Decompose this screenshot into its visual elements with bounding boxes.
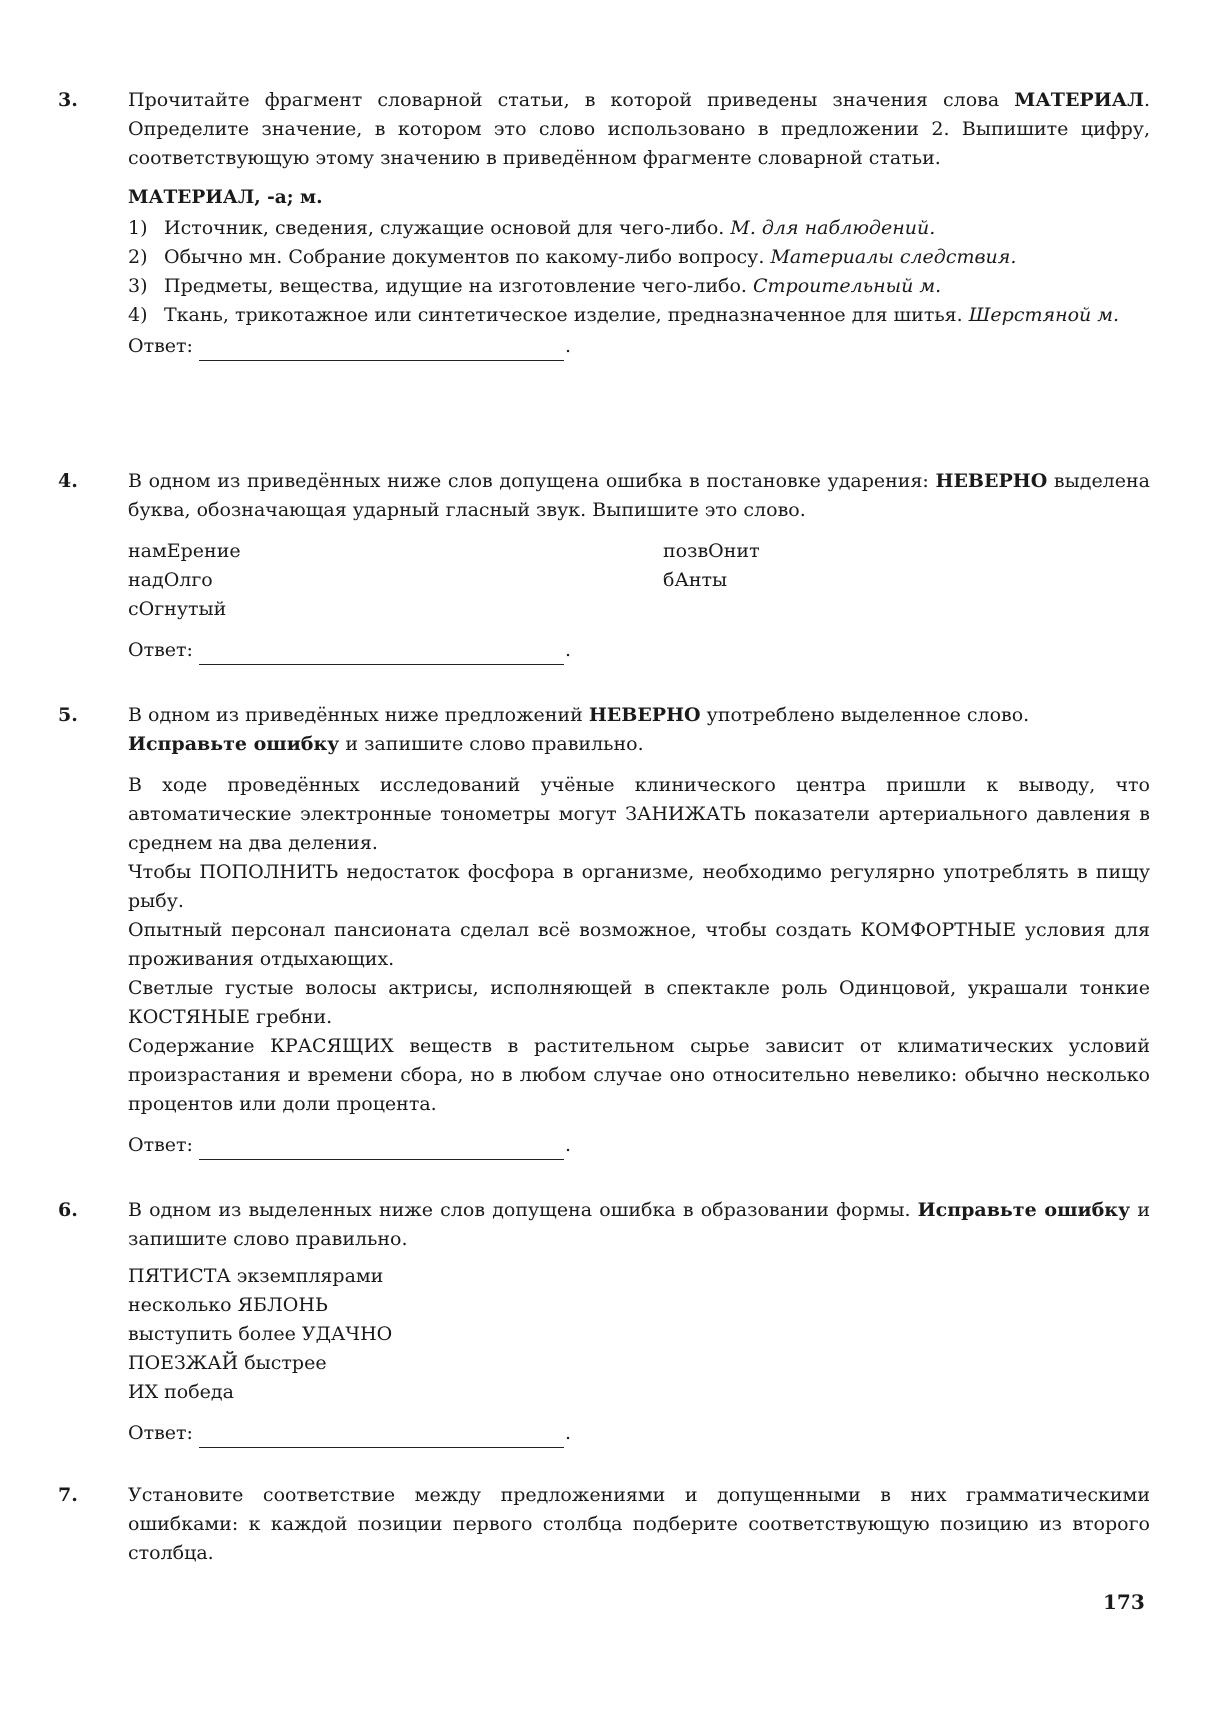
meaning-item: 4)Ткань, трикотажное или синтетическое и… xyxy=(128,301,1150,330)
task-5: 5. В одном из приведённых ниже предложен… xyxy=(58,701,1150,1160)
task-4: 4. В одном из приведённых ниже слов допу… xyxy=(58,467,1150,665)
phrase-option: ИХ победа xyxy=(128,1378,1150,1407)
task-number: 7. xyxy=(58,1481,78,1510)
answer-field[interactable]: Ответ:. xyxy=(128,332,1150,361)
task-number: 6. xyxy=(58,1196,78,1225)
sentence: Опытный персонал пансионата сделал всё в… xyxy=(128,916,1150,974)
phrase-option: несколько ЯБЛОНЬ xyxy=(128,1291,1150,1320)
task-3: 3. Прочитайте фрагмент словарной статьи,… xyxy=(58,86,1150,361)
task-instruction: Прочитайте фрагмент словарной статьи, в … xyxy=(128,86,1150,173)
task-number: 4. xyxy=(58,467,78,496)
task-instruction: В одном из выделенных ниже слов допущена… xyxy=(128,1196,1150,1254)
task-7: 7. Установите соответствие между предлож… xyxy=(58,1481,1150,1568)
answer-field[interactable]: Ответ:. xyxy=(128,1131,1150,1160)
meaning-item: 3)Предметы, вещества, идущие на изготовл… xyxy=(128,272,1150,301)
phrase-list: ПЯТИСТА экземплярами несколько ЯБЛОНЬ вы… xyxy=(128,1262,1150,1407)
meaning-item: 2)Обычно мн. Собрание документов по како… xyxy=(128,243,1150,272)
task-6: 6. В одном из выделенных ниже слов допущ… xyxy=(58,1196,1150,1448)
phrase-option: ПОЕЗЖАЙ быстрее xyxy=(128,1349,1150,1378)
word-option: сОгнутый xyxy=(128,595,663,624)
answer-field[interactable]: Ответ:. xyxy=(128,636,1150,665)
word-option: позвОнит xyxy=(663,537,1150,566)
textbook-page: 3. Прочитайте фрагмент словарной статьи,… xyxy=(0,0,1210,1712)
sentence: Чтобы ПОПОЛНИТЬ недостаток фосфора в орг… xyxy=(128,858,1150,916)
task-number: 3. xyxy=(58,86,78,115)
dictionary-meanings: 1)Источник, сведения, служащие основой д… xyxy=(128,214,1150,330)
answer-field[interactable]: Ответ:. xyxy=(128,1419,1150,1448)
word-option: намЕрение xyxy=(128,537,663,566)
sentence: Содержание КРАСЯЩИХ веществ в растительн… xyxy=(128,1032,1150,1119)
task-number: 5. xyxy=(58,701,78,730)
word-options: намЕрение позвОнит надОлго бАнты сОгнуты… xyxy=(128,537,1150,624)
phrase-option: ПЯТИСТА экземплярами xyxy=(128,1262,1150,1291)
task-instruction: В одном из приведённых ниже слов допущен… xyxy=(128,467,1150,525)
dictionary-entry-head: МАТЕРИАЛ, -а; м. xyxy=(128,183,1150,212)
page-number: 173 xyxy=(1103,1590,1145,1614)
sentence-list: В ходе проведённых исследований учёные к… xyxy=(128,771,1150,1032)
task-instruction: В одном из приведённых ниже предложений … xyxy=(128,701,1150,759)
phrase-option: выступить более УДАЧНО xyxy=(128,1320,1150,1349)
sentence: Светлые густые волосы актрисы, исполняющ… xyxy=(128,974,1150,1032)
task-instruction: Установите соответствие между предложени… xyxy=(128,1481,1150,1568)
word-option: надОлго xyxy=(128,566,663,595)
word-option: бАнты xyxy=(663,566,1150,595)
meaning-item: 1)Источник, сведения, служащие основой д… xyxy=(128,214,1150,243)
sentence: В ходе проведённых исследований учёные к… xyxy=(128,771,1150,858)
